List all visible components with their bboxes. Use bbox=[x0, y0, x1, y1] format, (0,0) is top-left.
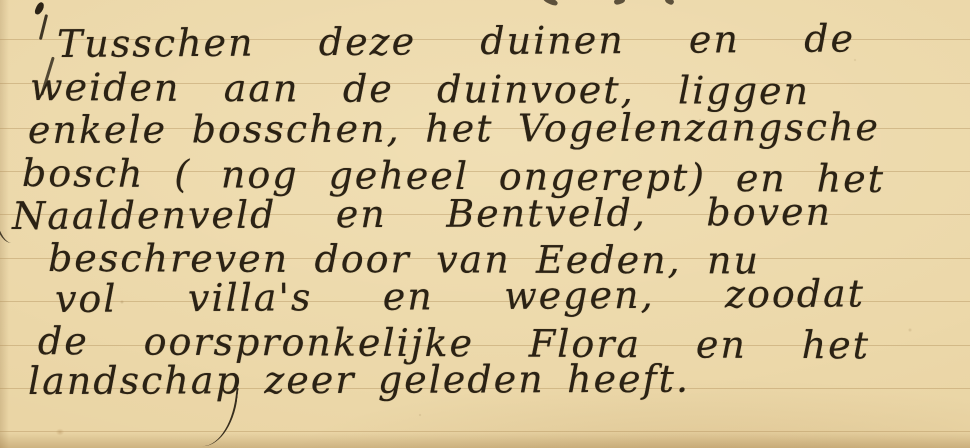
manuscript-page: Tusschen deze duinen en de weiden aan de… bbox=[0, 0, 970, 448]
rule-line bbox=[0, 431, 970, 432]
margin-mark-blob bbox=[34, 1, 46, 16]
cutoff-ink-stroke bbox=[542, 0, 558, 7]
handwritten-line-1: Tusschen deze duinen en de bbox=[57, 15, 855, 67]
pen-flourish-descender bbox=[199, 384, 238, 448]
margin-mark-slash bbox=[39, 14, 48, 40]
handwritten-line-3: enkele bosschen, het Vogelenzangsche bbox=[28, 104, 880, 153]
cutoff-ink-stroke bbox=[613, 0, 625, 6]
cutoff-ink-stroke bbox=[664, 0, 675, 6]
handwritten-line-5: Naaldenveld en Bentveld, boven bbox=[12, 189, 832, 239]
handwritten-line-7: vol villa's en wegen, zoodat bbox=[55, 270, 865, 322]
handwritten-line-9: landschap zeer geleden heeft. bbox=[28, 356, 690, 404]
